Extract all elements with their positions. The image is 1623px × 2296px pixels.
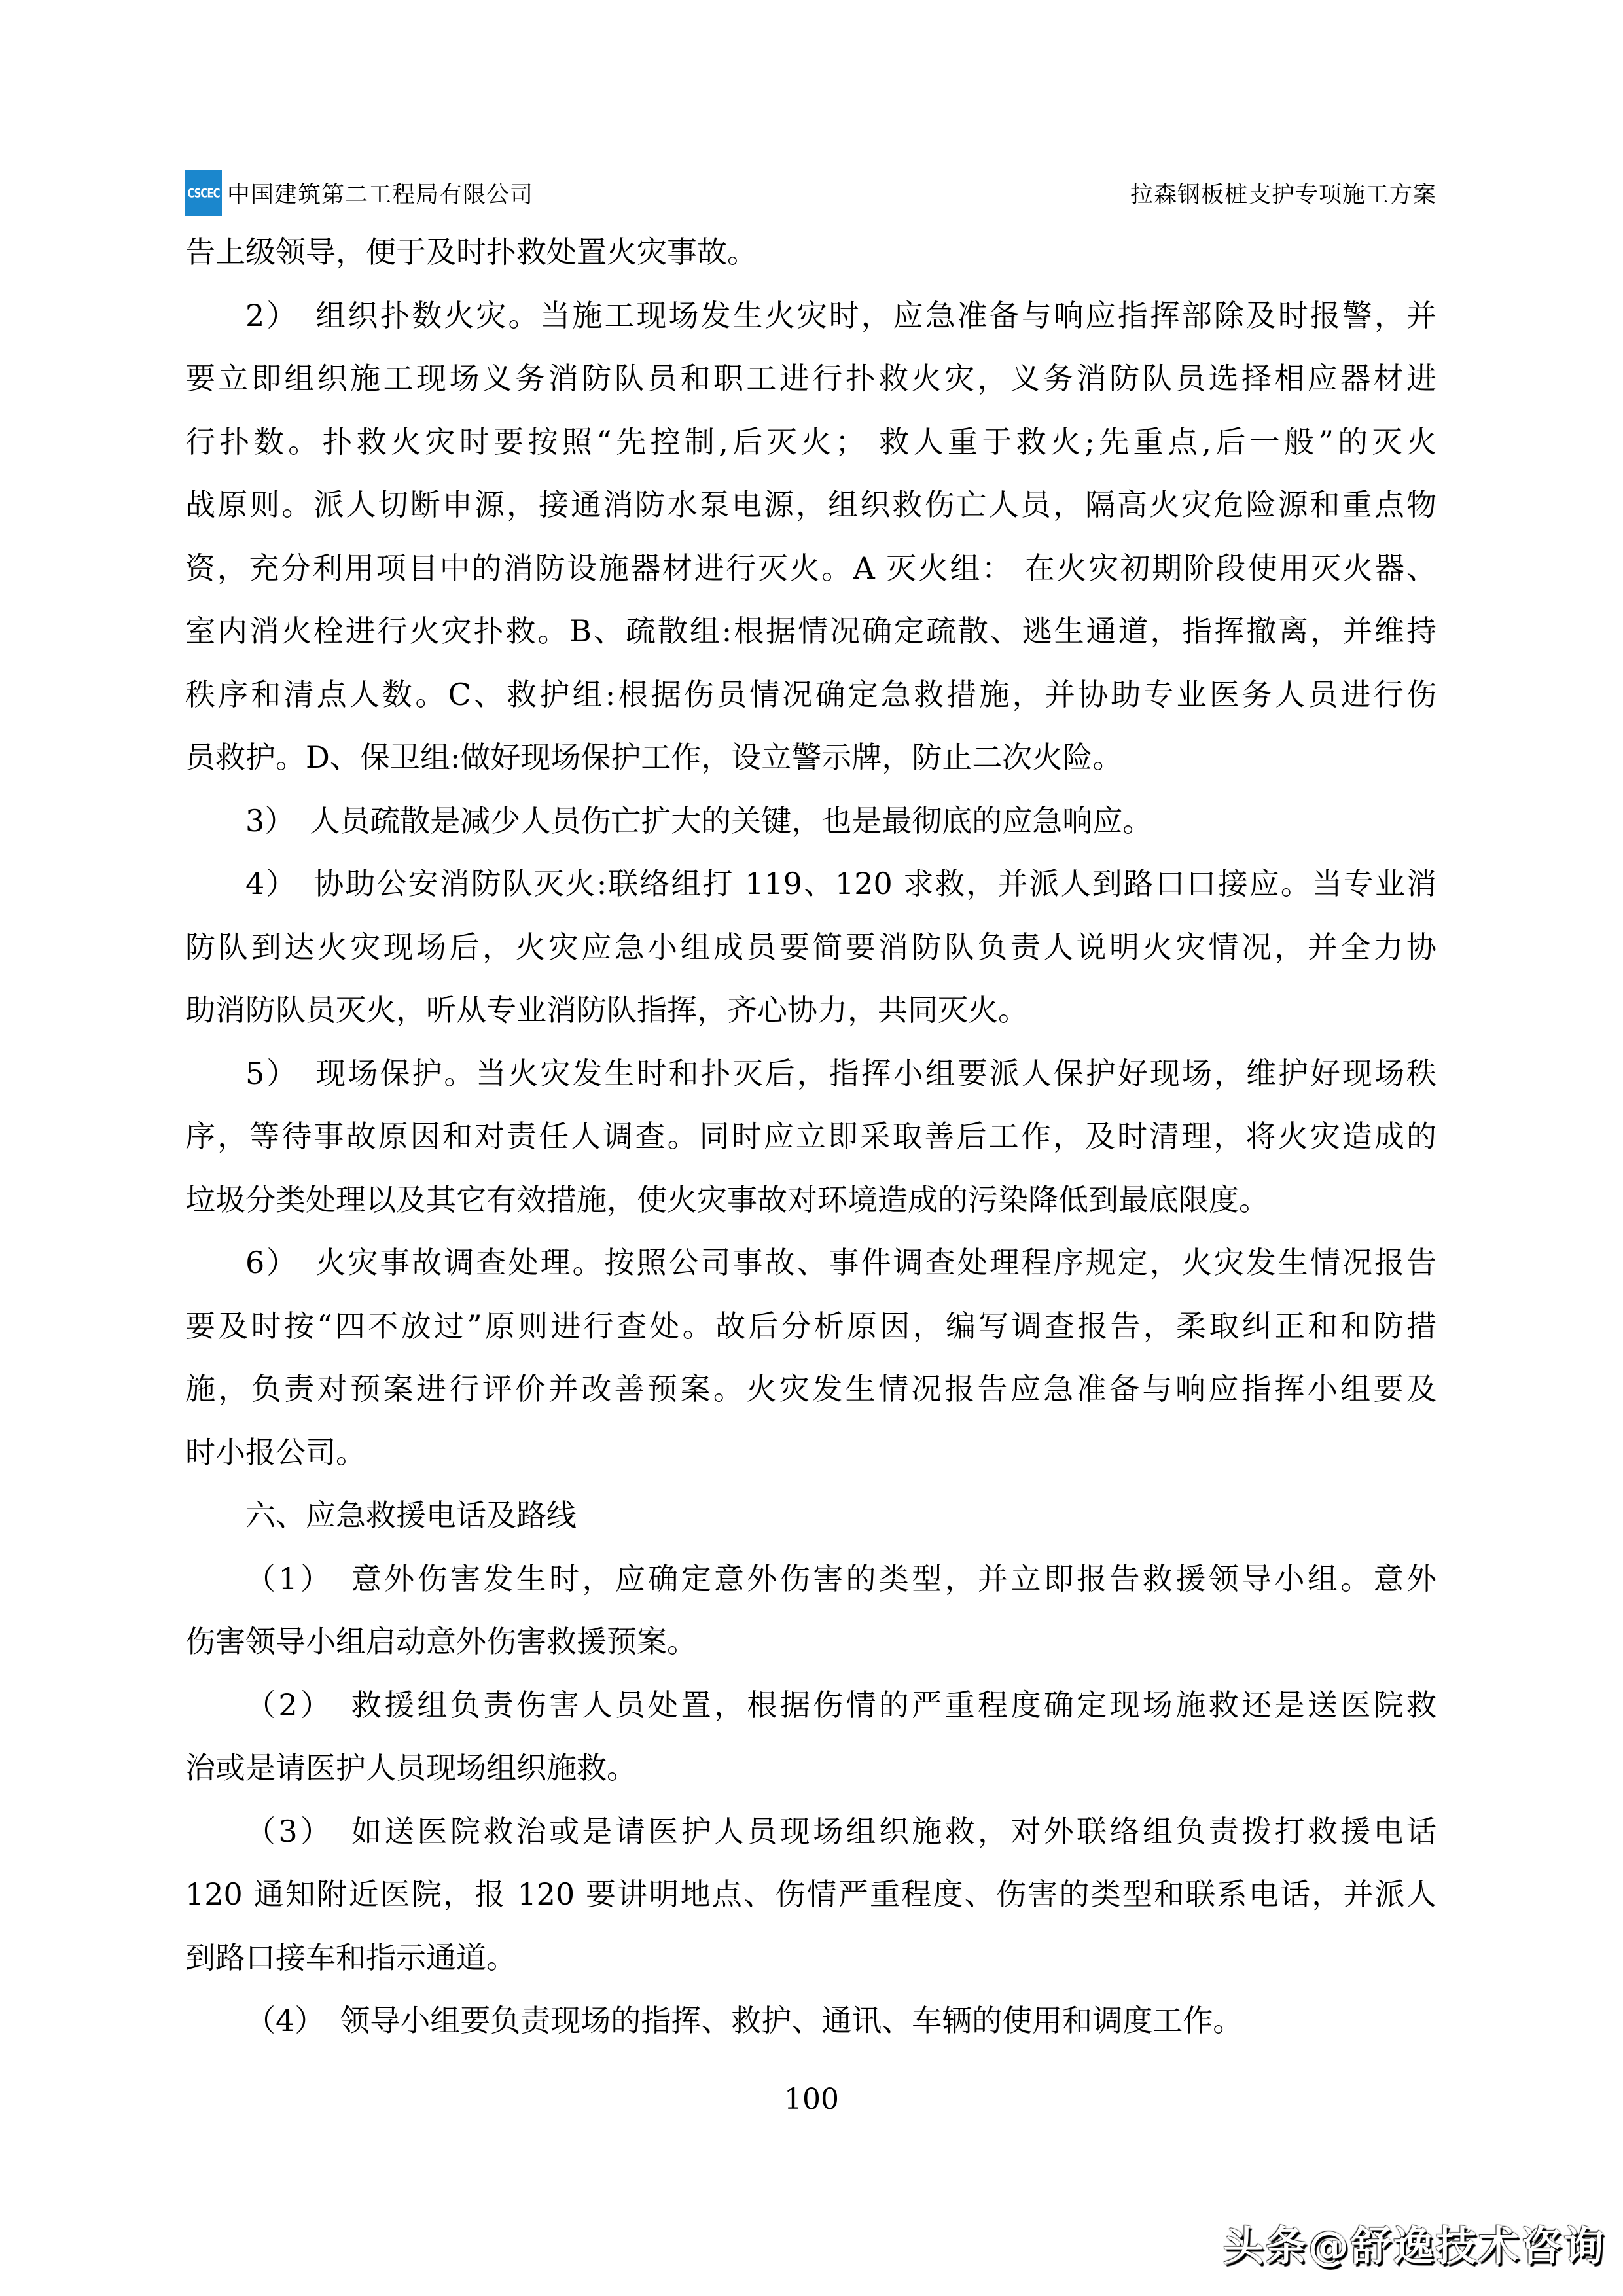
document-page: CSCEC 中国建筑第二工程局有限公司 拉森钢板桩支护专项施工方案 告上级领导，…	[0, 0, 1623, 2296]
body-line: （4） 领导小组要负责现场的指挥、救护、通讯、车辆的使用和调度工作。	[185, 1989, 1436, 2053]
body-line: 2） 组织扑数火灾。当施工现场发生火灾时，应急准备与响应指挥部除及时报警，并	[185, 284, 1436, 348]
company-name: 中国建筑第二工程局有限公司	[227, 177, 533, 209]
document-title: 拉森钢板桩支护专项施工方案	[1130, 177, 1436, 209]
header-left: CSCEC 中国建筑第二工程局有限公司	[185, 175, 533, 211]
body-line: 序，等待事故原因和对责任人调查。同时应立即采取善后工作，及时清理，将火灾造成的	[185, 1105, 1436, 1168]
body-line: 到路口接车和指示通道。	[185, 1926, 1436, 1990]
body-line: 3） 人员疏散是减少人员伤亡扩大的关键，也是最彻底的应急响应。	[185, 789, 1436, 853]
body-line: （3） 如送医院救治或是请医护人员现场组织施救，对外联络组负责拨打救援电话	[185, 1800, 1436, 1863]
body-line: 要立即组织施工现场义务消防队员和职工进行扑救火灾，义务消防队员选择相应器材进	[185, 347, 1436, 410]
body-line: 6） 火灾事故调查处理。按照公司事故、事件调查处理程序规定，火灾发生情况报告	[185, 1231, 1436, 1295]
body-line: 秩序和清点人数。C、救护组:根据伤员情况确定急救措施，并协助专业医务人员进行伤	[185, 663, 1436, 726]
body-line: 120 通知附近医院，报 120 要讲明地点、伤情严重程度、伤害的类型和联系电话…	[185, 1863, 1436, 1926]
section-heading: 六、应急救援电话及路线	[185, 1484, 1436, 1547]
body-line: 5） 现场保护。当火灾发生时和扑灭后，指挥小组要派人保护好现场，维护好现场秩	[185, 1042, 1436, 1105]
body-line: 助消防队员灭火，听从专业消防队指挥，齐心协力，共同灭火。	[185, 978, 1436, 1042]
body-line: 要及时按“四不放过”原则进行查处。故后分析原因，编写调查报告，柔取纠正和和防措	[185, 1295, 1436, 1358]
body-line: 资，充分利用项目中的消防设施器材进行灭火。A 灭火组： 在火灾初期阶段使用灭火器…	[185, 537, 1436, 600]
page-number: 100	[0, 2083, 1623, 2116]
body-line: 防队到达火灾现场后，火灾应急小组成员要简要消防队负责人说明火灾情况，并全力协	[185, 916, 1436, 979]
body-content: 告上级领导，便于及时扑救处置火灾事故。 2） 组织扑数火灾。当施工现场发生火灾时…	[185, 221, 1436, 2053]
cscec-logo-icon: CSCEC	[185, 170, 222, 216]
body-line: 员救护。D、保卫组:做好现场保护工作，设立警示牌，防止二次火险。	[185, 726, 1436, 789]
body-line: 4） 协助公安消防队灭火:联络组打 119、120 求救，并派人到路口口接应。当…	[185, 852, 1436, 916]
body-line: （2） 救援组负责伤害人员处置，根据伤情的严重程度确定现场施救还是送医院救	[185, 1674, 1436, 1737]
body-line: 室内消火栓进行火灾扑救。B、疏散组:根据情况确定疏散、逃生通道，指挥撤离，并维持	[185, 600, 1436, 663]
body-line: 治或是请医护人员现场组织施救。	[185, 1736, 1436, 1800]
watermark: 头条@舒逸技术咨询	[1223, 2214, 1606, 2272]
body-line: 战原则。派人切断申源，接通消防水泵电源，组织救伤亡人员，隔高火灾危险源和重点物	[185, 473, 1436, 537]
body-line: （1） 意外伤害发生时，应确定意外伤害的类型，并立即报告救援领导小组。意外	[185, 1547, 1436, 1611]
body-line: 告上级领导，便于及时扑救处置火灾事故。	[185, 221, 1436, 284]
body-line: 伤害领导小组启动意外伤害救援预案。	[185, 1610, 1436, 1674]
body-line: 施，负责对预案进行评价并改善预案。火灾发生情况报告应急准备与响应指挥小组要及	[185, 1357, 1436, 1421]
body-line: 时小报公司。	[185, 1421, 1436, 1484]
body-line: 行扑数。扑救火灾时要按照“先控制,后灭火； 救人重于救火;先重点,后一般”的灭火	[185, 410, 1436, 474]
page-header: CSCEC 中国建筑第二工程局有限公司 拉森钢板桩支护专项施工方案	[185, 165, 1436, 221]
body-line: 垃圾分类处理以及其它有效措施，使火灾事故对环境造成的污染降低到最底限度。	[185, 1168, 1436, 1232]
